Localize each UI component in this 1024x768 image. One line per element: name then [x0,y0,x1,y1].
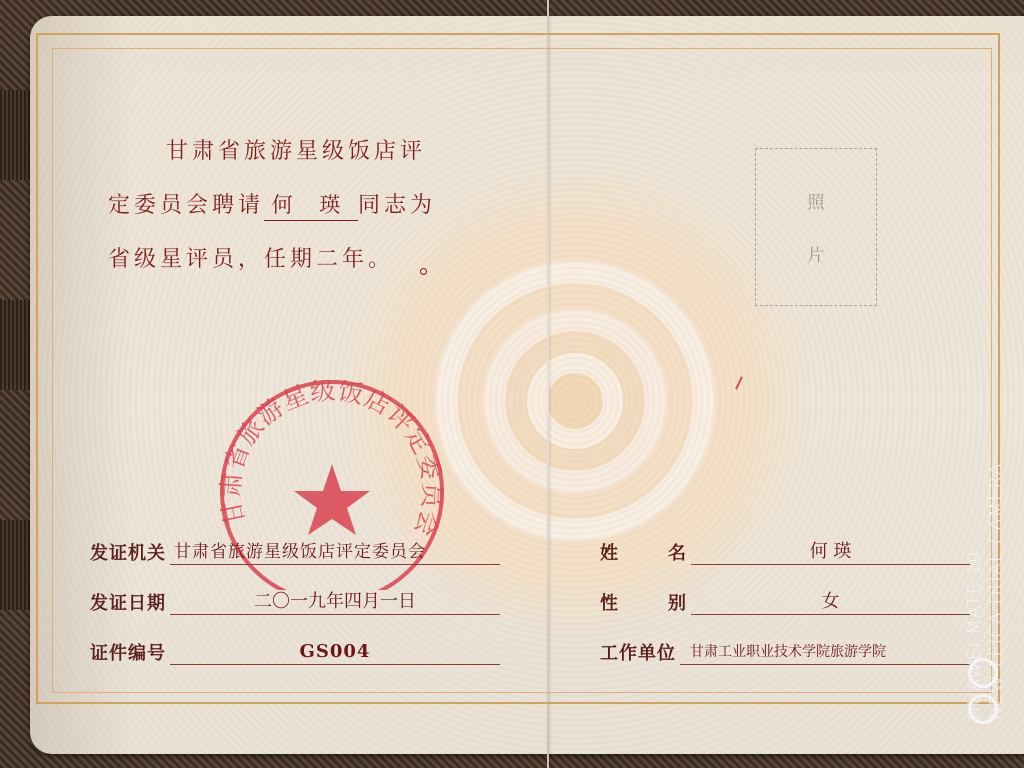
certificate-number-value: GS004 [170,640,500,665]
work-unit-value: 甘肃工业职业技术学院旅游学院 [680,640,970,665]
field-label: 性别 [600,589,687,615]
photo-label-2: 片 [808,241,825,266]
leica-dual-lens-icon [968,694,998,724]
intro-line-2-prefix: 定委员会聘请 [108,193,264,218]
label-char: 性 [600,589,668,615]
field-label: 工作单位 [600,639,676,665]
appointment-statement: 甘肃省旅游星级饭店评 定委员会聘请何 瑛同志为 省级星评员，任期二年。 [108,125,488,287]
gender-value: 女 [691,590,970,615]
field-name: 姓名 何 瑛 [600,535,970,565]
field-certificate-number: 证件编号 GS004 [90,635,500,665]
intro-line-2-suffix: 同志为 [358,193,436,218]
leica-dual-lens-icon [968,658,998,688]
ink-dot [420,268,427,275]
star-icon [294,464,370,535]
field-issue-date: 发证日期 二〇一九年四月一日 [90,585,500,615]
label-char: 名 [668,539,687,565]
label-char: 别 [668,589,687,615]
field-label: 证件编号 [90,639,166,665]
label-char: 姓 [600,539,668,565]
field-gender: 性别 女 [600,585,970,615]
intro-line-1: 甘肃省旅游星级饭店评 [166,139,426,164]
field-issuing-authority: 发证机关 甘肃省旅游星级饭店评定委员会 [90,535,500,565]
intro-line-3: 省级星评员，任期二年。 [108,247,394,272]
field-label: 发证日期 [90,589,166,615]
field-label: 姓名 [600,539,687,565]
field-label: 发证机关 [90,539,166,565]
issuing-authority-value: 甘肃省旅游星级饭店评定委员会 [170,540,500,565]
field-work-unit: 工作单位 甘肃工业职业技术学院旅游学院 [600,635,970,665]
photo-placeholder: 照 片 [755,148,877,306]
name-value: 何 瑛 [691,540,970,565]
photo-label-1: 照 [808,188,825,213]
appointee-name: 何 瑛 [264,190,358,221]
issue-date-value: 二〇一九年四月一日 [170,590,500,615]
